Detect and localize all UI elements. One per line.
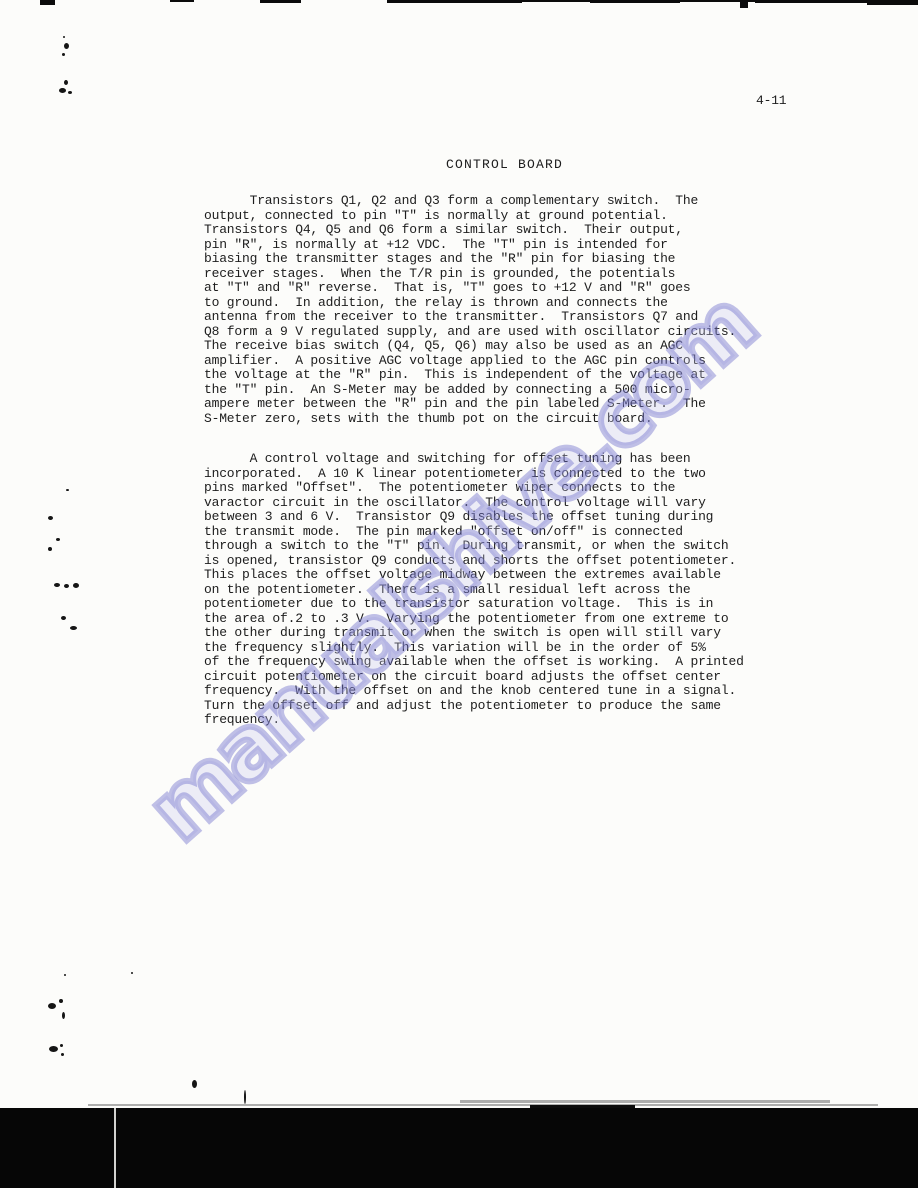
scan-streak <box>88 1104 878 1106</box>
scan-artifact-bottom-band <box>0 1108 918 1188</box>
scanned-manual-page: 4-11 CONTROL BOARD Transistors Q1, Q2 an… <box>0 0 918 1188</box>
page-number: 4-11 <box>756 94 786 109</box>
paragraph-offset-tuning: A control voltage and switching for offs… <box>204 452 744 728</box>
scan-artifact-white-line <box>114 1108 116 1188</box>
scan-streak <box>460 1100 830 1103</box>
paragraph-control-board-1: Transistors Q1, Q2 and Q3 form a complem… <box>204 194 736 426</box>
page-title: CONTROL BOARD <box>446 158 563 173</box>
